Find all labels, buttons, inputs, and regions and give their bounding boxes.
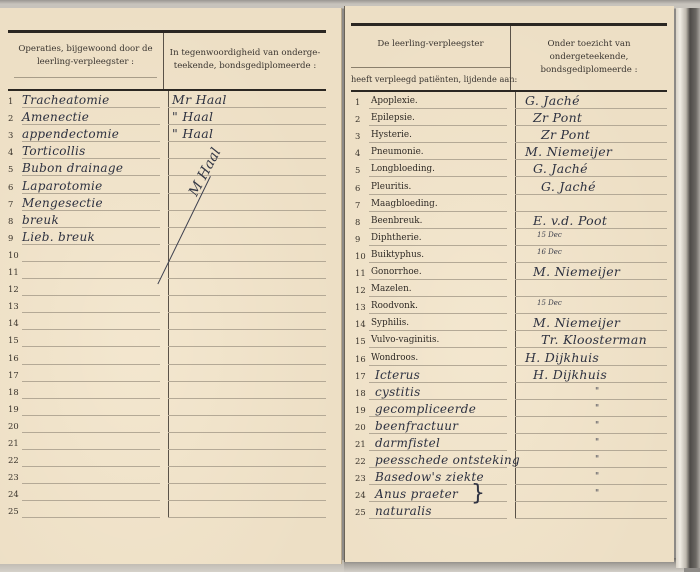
supervisor-cell: " xyxy=(515,485,667,502)
disease-cell: Wondroos. xyxy=(369,348,507,365)
witness-cell xyxy=(168,382,326,399)
witness-cell xyxy=(168,194,326,211)
table-row: 11Gonorrhoe.M. Niemeijer xyxy=(351,263,667,280)
operation-cell xyxy=(22,450,160,467)
disease-handwritten: darmfistel xyxy=(375,436,440,450)
table-row: 8breuk xyxy=(8,211,326,228)
disease-cell: cystitis xyxy=(369,383,507,400)
row-number: 5 xyxy=(351,165,369,177)
table-row: 5Bubon drainage xyxy=(8,159,326,176)
date-note: 16 Dec xyxy=(537,248,562,256)
row-number: 22 xyxy=(351,456,369,468)
witness-cell: Mr Haal xyxy=(168,91,326,108)
ditto-mark: " xyxy=(595,455,599,465)
row-number: 4 xyxy=(8,147,22,159)
table-row: 25 xyxy=(8,501,326,518)
operation-cell xyxy=(22,347,160,364)
row-number: 7 xyxy=(8,199,22,211)
witness-cell xyxy=(168,347,326,364)
row-number: 23 xyxy=(351,473,369,485)
disease-printed: Gonorrhoe. xyxy=(371,267,422,277)
row-number: 3 xyxy=(8,130,22,142)
operations-table-header: Operaties, bijgewoond door de leerling-v… xyxy=(8,33,326,91)
row-number: 8 xyxy=(8,216,22,228)
disease-cell: Gonorrhoe. xyxy=(369,263,507,280)
disease-printed: Syphilis. xyxy=(371,318,409,328)
table-row: 6Pleuritis.G. Jaché xyxy=(351,177,667,194)
table-row: 15Vulvo-vaginitis.Tr. Kloosterman xyxy=(351,331,667,348)
disease-handwritten: Anus praeter xyxy=(375,487,458,501)
row-number: 10 xyxy=(8,250,22,262)
operation-cell xyxy=(22,484,160,501)
disease-cell: Diphtherie. xyxy=(369,229,507,246)
operation-cell: Laparotomie xyxy=(22,176,160,193)
table-row: 1TracheatomieMr Haal xyxy=(8,91,326,108)
supervisor-signature: Zr Pont xyxy=(533,110,582,125)
patients-table: De leerling-verpleegster heeft verpleegd… xyxy=(351,23,667,519)
witness-cell xyxy=(168,467,326,484)
operation-cell: appendectomie xyxy=(22,125,160,142)
supervisor-cell: M. Niemeijer xyxy=(515,263,667,280)
row-number: 7 xyxy=(351,200,369,212)
operation-cell xyxy=(22,382,160,399)
row-number: 9 xyxy=(8,233,22,245)
witness-cell xyxy=(168,142,326,159)
patients-rows: 1Apoplexie.G. Jaché2Epilepsie.Zr Pont3Hy… xyxy=(351,92,667,519)
supervisor-signature: G. Jaché xyxy=(525,93,580,108)
disease-handwritten: naturalis xyxy=(375,504,432,518)
table-row: 18cystitis" xyxy=(351,383,667,400)
date-note: 15 Dec xyxy=(537,231,562,239)
row-number: 12 xyxy=(351,285,369,297)
witness-cell xyxy=(168,501,326,518)
row-number: 19 xyxy=(351,405,369,417)
row-number: 25 xyxy=(8,506,22,518)
row-number: 23 xyxy=(8,472,22,484)
disease-cell: Beenbreuk. xyxy=(369,212,507,229)
disease-printed: Apoplexie. xyxy=(371,96,418,106)
header-supervisor: Onder toezicht van ondergeteekende, bond… xyxy=(511,26,667,90)
operation-handwritten: appendectomie xyxy=(22,127,119,141)
disease-handwritten: peesschede ontsteking xyxy=(375,453,520,467)
disease-handwritten: cystitis xyxy=(375,385,421,399)
row-number: 17 xyxy=(8,370,22,382)
supervisor-cell: Zr Pont xyxy=(515,126,667,143)
ditto-mark: " xyxy=(595,421,599,431)
row-number: 14 xyxy=(8,318,22,330)
row-number: 6 xyxy=(8,182,22,194)
operation-cell xyxy=(22,467,160,484)
table-row: 22 xyxy=(8,450,326,467)
right-page: De leerling-verpleegster heeft verpleegd… xyxy=(344,6,674,562)
witness-signature: " Haal xyxy=(172,126,213,141)
disease-printed: Hysterie. xyxy=(371,130,412,140)
disease-handwritten: Basedow's ziekte xyxy=(375,470,484,484)
witness-cell xyxy=(168,313,326,330)
table-row: 10 xyxy=(8,245,326,262)
brace-mark: } xyxy=(471,481,485,506)
table-row: 17 xyxy=(8,365,326,382)
operation-handwritten: Amenectie xyxy=(22,110,89,124)
row-number: 16 xyxy=(351,354,369,366)
table-row: 18 xyxy=(8,382,326,399)
row-number: 3 xyxy=(351,131,369,143)
witness-cell xyxy=(168,228,326,245)
supervisor-signature: Zr Pont xyxy=(541,127,590,142)
table-row: 8Beenbreuk.E. v.d. Poot xyxy=(351,212,667,229)
witness-cell xyxy=(168,365,326,382)
row-number: 16 xyxy=(8,353,22,365)
operation-cell xyxy=(22,313,160,330)
disease-printed: Buiktyphus. xyxy=(371,250,424,260)
row-number: 9 xyxy=(351,234,369,246)
supervisor-cell: " xyxy=(515,417,667,434)
table-row: 5Longbloeding.G. Jaché xyxy=(351,160,667,177)
operation-cell xyxy=(22,399,160,416)
disease-cell: darmfistel xyxy=(369,434,507,451)
row-number: 4 xyxy=(351,148,369,160)
disease-printed: Beenbreuk. xyxy=(371,216,422,226)
ditto-mark: " xyxy=(595,472,599,482)
witness-cell xyxy=(168,433,326,450)
table-row: 4Pneumonie.M. Niemeijer xyxy=(351,143,667,160)
disease-printed: Roodvonk. xyxy=(371,301,418,311)
supervisor-signature: M. Niemeijer xyxy=(533,315,620,330)
disease-cell: Maagbloeding. xyxy=(369,195,507,212)
patients-table-header: De leerling-verpleegster heeft verpleegd… xyxy=(351,26,667,92)
disease-printed: Pleuritis. xyxy=(371,182,411,192)
disease-cell: peesschede ontsteking xyxy=(369,451,507,468)
disease-cell: Roodvonk. xyxy=(369,297,507,314)
header-witness: In tegenwoordigheid van onderge-teekende… xyxy=(164,33,326,89)
header-diseases-bottom: heeft verpleegd patiënten, lijdende aan: xyxy=(351,68,510,90)
disease-printed: Maagbloeding. xyxy=(371,199,438,209)
table-row: 1Apoplexie.G. Jaché xyxy=(351,92,667,109)
operation-cell xyxy=(22,279,160,296)
operations-table: Operaties, bijgewoond door de leerling-v… xyxy=(8,30,326,518)
supervisor-cell: G. Jaché xyxy=(515,160,667,177)
table-row: 7Mengesectie xyxy=(8,194,326,211)
row-number: 11 xyxy=(8,267,22,279)
disease-printed: Mazelen. xyxy=(371,284,412,294)
table-row: 15 xyxy=(8,330,326,347)
table-row: 24 xyxy=(8,484,326,501)
witness-cell xyxy=(168,245,326,262)
row-number: 8 xyxy=(351,217,369,229)
supervisor-cell: H. Dijkhuis xyxy=(515,366,667,383)
table-row: 9Diphtherie. xyxy=(351,229,667,246)
operation-handwritten: Laparotomie xyxy=(22,179,103,193)
table-row: 24Anus praeter" xyxy=(351,485,667,502)
table-row: 21darmfistel" xyxy=(351,434,667,451)
operation-cell: breuk xyxy=(22,211,160,228)
row-number: 14 xyxy=(351,319,369,331)
table-row: 7Maagbloeding. xyxy=(351,195,667,212)
table-row: 20 xyxy=(8,416,326,433)
supervisor-cell: M. Niemeijer xyxy=(515,143,667,160)
row-number: 2 xyxy=(351,114,369,126)
operation-cell xyxy=(22,330,160,347)
operation-cell xyxy=(22,296,160,313)
disease-cell: Buiktyphus. xyxy=(369,246,507,263)
supervisor-signature: M. Niemeijer xyxy=(525,144,612,159)
row-number: 10 xyxy=(351,251,369,263)
operation-handwritten: Bubon drainage xyxy=(22,161,123,175)
row-number: 24 xyxy=(8,489,22,501)
table-row: 14 xyxy=(8,313,326,330)
table-row: 22peesschede ontsteking" xyxy=(351,451,667,468)
disease-cell: Syphilis. xyxy=(369,314,507,331)
table-row: 12Mazelen. xyxy=(351,280,667,297)
operations-rows: 1TracheatomieMr Haal2Amenectie" Haal3app… xyxy=(8,91,326,518)
operation-cell xyxy=(22,365,160,382)
witness-cell xyxy=(168,399,326,416)
operation-handwritten: Lieb. breuk xyxy=(22,230,95,244)
disease-cell: naturalis xyxy=(369,502,507,519)
book-cover-right-edge xyxy=(676,8,700,568)
disease-cell: beenfractuur xyxy=(369,417,507,434)
disease-printed: Wondroos. xyxy=(371,353,418,363)
witness-cell: " Haal xyxy=(168,108,326,125)
table-row: 12 xyxy=(8,279,326,296)
operation-cell xyxy=(22,416,160,433)
supervisor-signature: Tr. Kloosterman xyxy=(541,332,647,347)
operation-cell: Amenectie xyxy=(22,108,160,125)
operation-handwritten: breuk xyxy=(22,213,59,227)
supervisor-cell: " xyxy=(515,383,667,400)
supervisor-cell: " xyxy=(515,434,667,451)
supervisor-cell: Tr. Kloosterman xyxy=(515,331,667,348)
row-number: 11 xyxy=(351,268,369,280)
disease-printed: Longbloeding. xyxy=(371,164,435,174)
disease-printed: Pneumonie. xyxy=(371,147,424,157)
header-operations: Operaties, bijgewoond door de leerling-v… xyxy=(8,33,164,89)
table-row: 19 xyxy=(8,399,326,416)
row-number: 13 xyxy=(8,301,22,313)
disease-handwritten: gecompliceerde xyxy=(375,402,476,416)
table-row: 4Torticollis xyxy=(8,142,326,159)
row-number: 1 xyxy=(8,96,22,108)
supervisor-cell: H. Dijkhuis xyxy=(515,348,667,365)
supervisor-signature: G. Jaché xyxy=(533,161,588,176)
table-row: 10Buiktyphus. xyxy=(351,246,667,263)
table-row: 13 xyxy=(8,296,326,313)
table-row: 20beenfractuur" xyxy=(351,417,667,434)
operation-cell xyxy=(22,262,160,279)
row-number: 12 xyxy=(8,284,22,296)
disease-cell: Anus praeter xyxy=(369,485,507,502)
row-number: 1 xyxy=(351,97,369,109)
row-number: 22 xyxy=(8,455,22,467)
supervisor-cell: M. Niemeijer xyxy=(515,314,667,331)
supervisor-cell: E. v.d. Poot xyxy=(515,212,667,229)
witness-cell xyxy=(168,416,326,433)
witness-cell xyxy=(168,279,326,296)
table-row: 6Laparotomie xyxy=(8,176,326,193)
operation-cell: Bubon drainage xyxy=(22,159,160,176)
row-number: 19 xyxy=(8,404,22,416)
disease-cell: Epilepsie. xyxy=(369,109,507,126)
table-row: 23 xyxy=(8,467,326,484)
supervisor-signature: H. Dijkhuis xyxy=(525,350,599,365)
disease-cell: gecompliceerde xyxy=(369,400,507,417)
supervisor-cell xyxy=(515,195,667,212)
supervisor-cell: G. Jaché xyxy=(515,92,667,109)
table-row: 16 xyxy=(8,347,326,364)
supervisor-cell: " xyxy=(515,468,667,485)
operation-cell: Tracheatomie xyxy=(22,91,160,108)
disease-handwritten: Icterus xyxy=(375,368,420,382)
witness-cell xyxy=(168,159,326,176)
row-number: 21 xyxy=(8,438,22,450)
ditto-mark: " xyxy=(595,438,599,448)
table-row: 16Wondroos.H. Dijkhuis xyxy=(351,348,667,365)
operation-handwritten: Tracheatomie xyxy=(22,93,110,107)
table-row: 2Epilepsie.Zr Pont xyxy=(351,109,667,126)
disease-printed: Epilepsie. xyxy=(371,113,415,123)
row-number: 18 xyxy=(8,387,22,399)
row-number: 20 xyxy=(8,421,22,433)
table-row: 17IcterusH. Dijkhuis xyxy=(351,366,667,383)
table-row: 9Lieb. breuk xyxy=(8,228,326,245)
disease-cell: Pleuritis. xyxy=(369,177,507,194)
row-number: 18 xyxy=(351,388,369,400)
row-number: 20 xyxy=(351,422,369,434)
witness-cell xyxy=(168,296,326,313)
supervisor-cell: " xyxy=(515,400,667,417)
row-number: 5 xyxy=(8,164,22,176)
disease-cell: Icterus xyxy=(369,366,507,383)
witness-cell xyxy=(168,450,326,467)
date-note: 15 Dec xyxy=(537,299,562,307)
row-number: 13 xyxy=(351,302,369,314)
row-number: 25 xyxy=(351,507,369,519)
row-number: 17 xyxy=(351,371,369,383)
operation-cell: Lieb. breuk xyxy=(22,228,160,245)
row-number: 24 xyxy=(351,490,369,502)
table-row: 14Syphilis.M. Niemeijer xyxy=(351,314,667,331)
table-row: 25naturalis xyxy=(351,502,667,519)
row-number: 2 xyxy=(8,113,22,125)
supervisor-cell: G. Jaché xyxy=(515,177,667,194)
operation-cell xyxy=(22,245,160,262)
disease-cell: Basedow's ziekte xyxy=(369,468,507,485)
supervisor-signature: E. v.d. Poot xyxy=(533,213,607,228)
witness-cell xyxy=(168,262,326,279)
table-row: 13Roodvonk. xyxy=(351,297,667,314)
disease-cell: Apoplexie. xyxy=(369,92,507,109)
table-row: 3Hysterie.Zr Pont xyxy=(351,126,667,143)
row-number: 6 xyxy=(351,183,369,195)
disease-cell: Hysterie. xyxy=(369,126,507,143)
operation-handwritten: Torticollis xyxy=(22,144,86,158)
ditto-mark: " xyxy=(595,404,599,414)
disease-cell: Longbloeding. xyxy=(369,160,507,177)
disease-cell: Pneumonie. xyxy=(369,143,507,160)
operation-cell: Mengesectie xyxy=(22,194,160,211)
ditto-mark: " xyxy=(595,489,599,499)
disease-printed: Diphtherie. xyxy=(371,233,422,243)
operation-cell: Torticollis xyxy=(22,142,160,159)
supervisor-cell: Zr Pont xyxy=(515,109,667,126)
operation-handwritten: Mengesectie xyxy=(22,196,103,210)
row-number: 15 xyxy=(8,335,22,347)
table-row: 19gecompliceerde" xyxy=(351,400,667,417)
ditto-mark: " xyxy=(595,387,599,397)
witness-cell xyxy=(168,330,326,347)
disease-handwritten: beenfractuur xyxy=(375,419,458,433)
disease-cell: Mazelen. xyxy=(369,280,507,297)
operation-cell xyxy=(22,433,160,450)
witness-signature: Mr Haal xyxy=(172,92,227,107)
supervisor-signature: M. Niemeijer xyxy=(533,264,620,279)
book-spread: Operaties, bijgewoond door de leerling-v… xyxy=(0,0,700,572)
witness-cell: " Haal xyxy=(168,125,326,142)
table-row: 3appendectomie" Haal xyxy=(8,125,326,142)
table-row: 21 xyxy=(8,433,326,450)
header-diseases-top: De leerling-verpleegster xyxy=(351,26,510,68)
left-page: Operaties, bijgewoond door de leerling-v… xyxy=(0,8,342,564)
disease-printed: Vulvo-vaginitis. xyxy=(371,335,439,345)
row-number: 21 xyxy=(351,439,369,451)
supervisor-cell: " xyxy=(515,451,667,468)
table-row: 23Basedow's ziekte" xyxy=(351,468,667,485)
supervisor-cell xyxy=(515,502,667,519)
supervisor-cell xyxy=(515,280,667,297)
witness-signature: " Haal xyxy=(172,109,213,124)
disease-cell: Vulvo-vaginitis. xyxy=(369,331,507,348)
header-underline xyxy=(14,77,157,78)
witness-cell xyxy=(168,484,326,501)
operation-cell xyxy=(22,501,160,518)
table-row: 2Amenectie" Haal xyxy=(8,108,326,125)
supervisor-signature: G. Jaché xyxy=(541,179,596,194)
row-number: 15 xyxy=(351,336,369,348)
header-diseases: De leerling-verpleegster heeft verpleegd… xyxy=(351,26,511,90)
supervisor-signature: H. Dijkhuis xyxy=(533,367,607,382)
